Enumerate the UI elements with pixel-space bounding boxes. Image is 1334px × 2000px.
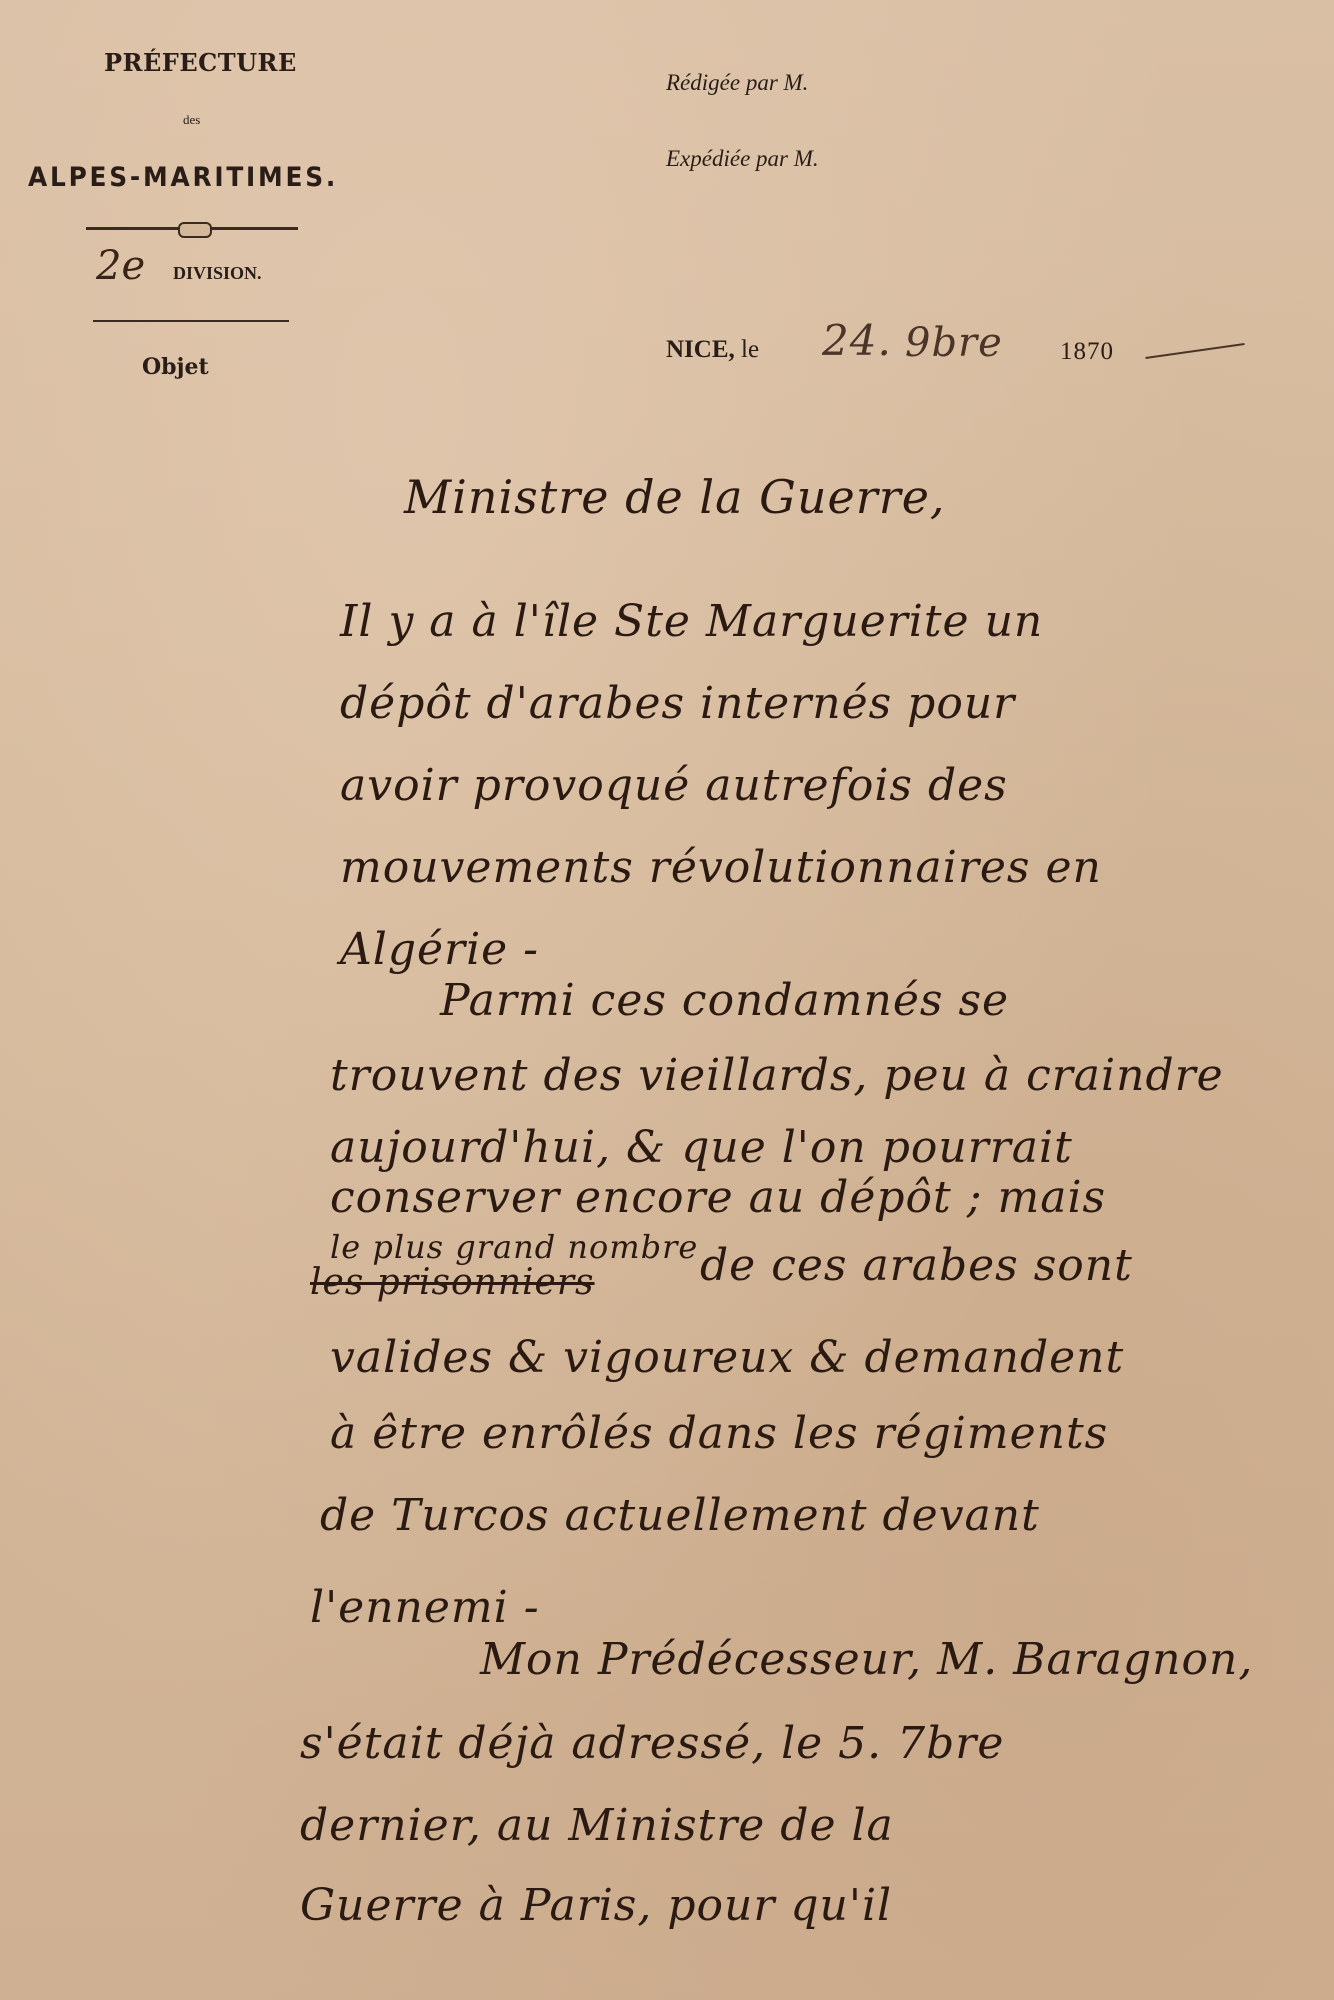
date-year: 1870 xyxy=(1060,338,1114,366)
letter-line: mouvements révolutionnaires en xyxy=(340,842,1102,893)
letterhead-prefecture: PRÉFECTURE xyxy=(104,48,297,77)
date-flourish xyxy=(1145,343,1244,359)
letter-line: s'était déjà adressé, le 5. 7bre xyxy=(300,1718,1004,1769)
letter-page: PRÉFECTURE des ALPES-MARITIMES. 2e DIVIS… xyxy=(0,0,1334,2000)
date-day: 24. xyxy=(822,316,892,365)
letter-line: de Turcos actuellement devant xyxy=(320,1490,1040,1541)
letter-line: Mon Prédécesseur, M. Baragnon, xyxy=(480,1634,1253,1685)
letterhead-des: des xyxy=(183,112,200,128)
divider-rule xyxy=(93,320,289,322)
division-number: 2e xyxy=(96,243,145,289)
letter-line: trouvent des vieillards, peu à craindre xyxy=(330,1050,1224,1101)
letter-line: dépôt d'arabes internés pour xyxy=(340,678,1015,729)
salutation: Ministre de la Guerre, xyxy=(404,470,946,524)
letter-line: valides & vigoureux & demandent xyxy=(330,1332,1124,1383)
letter-line: à être enrôlés dans les régiments xyxy=(330,1408,1108,1459)
redigee-par: Rédigée par M. xyxy=(666,70,808,96)
expediee-par: Expédiée par M. xyxy=(666,146,819,172)
letter-insertion: le plus grand nombre xyxy=(330,1228,698,1266)
struck-text: les prisonniers xyxy=(310,1262,595,1303)
division-label: DIVISION. xyxy=(173,263,262,284)
letter-line: conserver encore au dépôt ; mais xyxy=(330,1172,1106,1223)
letter-line: dernier, au Ministre de la xyxy=(300,1800,894,1851)
letter-line: l'ennemi - xyxy=(310,1582,540,1633)
objet-label: Objet xyxy=(142,354,209,380)
rule-ornament-icon xyxy=(178,222,212,238)
letterhead-department: ALPES-MARITIMES. xyxy=(28,162,338,193)
dateline-le: le xyxy=(741,336,759,363)
dateline-city: NICE, xyxy=(666,336,735,363)
letter-line: aujourd'hui, & que l'on pourrait xyxy=(330,1122,1073,1173)
date-month: 9bre xyxy=(905,320,1003,366)
letter-line: avoir provoqué autrefois des xyxy=(340,760,1008,811)
letter-line: de ces arabes sont xyxy=(700,1240,1133,1291)
letter-line: Parmi ces condamnés se xyxy=(440,975,1009,1026)
letter-line: Algérie - xyxy=(340,924,539,975)
letter-line: Il y a à l'île Ste Marguerite un xyxy=(340,596,1043,647)
dateline-place: NICE, le xyxy=(666,336,759,364)
letter-line: Guerre à Paris, pour qu'il xyxy=(300,1880,892,1931)
